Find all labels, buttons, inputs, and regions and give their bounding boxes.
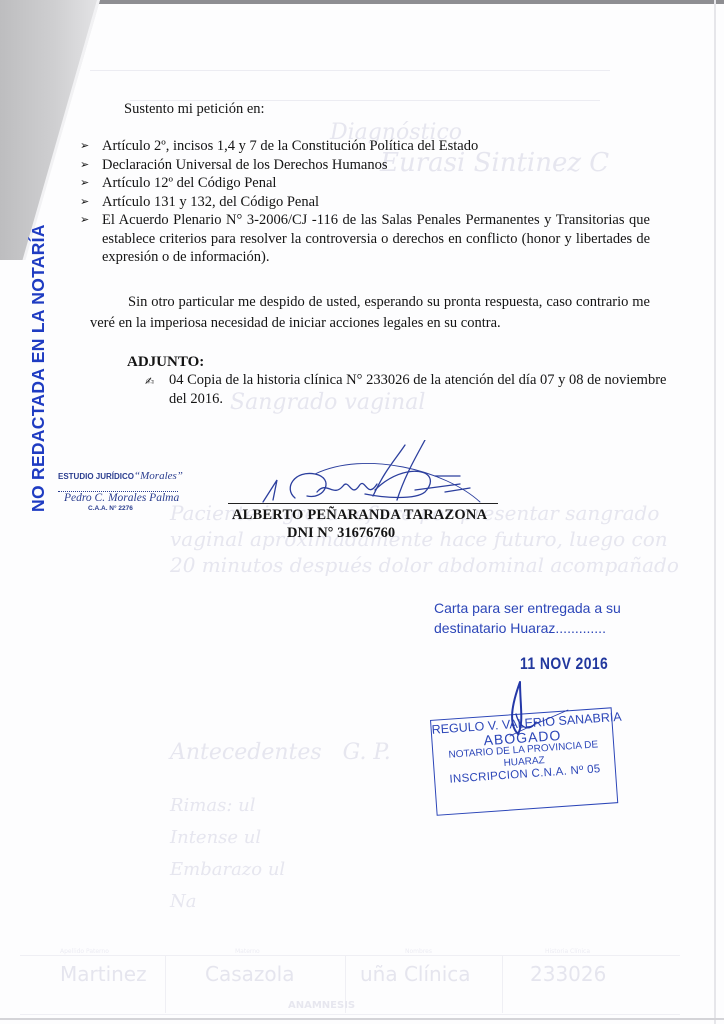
show-through-header: Apellido Paterno (60, 948, 109, 955)
law-firm-script-name: “Morales” (134, 470, 183, 482)
list-item: ➢Artículo 12º del Código Penal (80, 174, 650, 193)
attachment-text: 04 Copia de la historia clínica N° 23302… (169, 372, 666, 407)
attachments-heading: ADJUNTO: (127, 354, 204, 372)
writing-hand-icon: ✍ (145, 372, 154, 391)
arrow-bullet-icon: ➢ (80, 137, 89, 156)
arrow-bullet-icon: ➢ (80, 156, 89, 175)
signer-name: ALBERTO PEÑARANDA TARAZONA (232, 507, 487, 525)
delivery-note-line: Carta para ser entregada a su (434, 598, 621, 618)
list-item-text: El Acuerdo Plenario N° 3-2006/CJ -116 de… (102, 212, 650, 265)
arrow-bullet-icon: ➢ (80, 211, 89, 230)
law-firm-title: ESTUDIO JURÍDICO“Morales” (58, 470, 183, 482)
list-item-text: Artículo 12º del Código Penal (102, 175, 276, 191)
list-item: ➢Declaración Universal de los Derechos H… (80, 156, 650, 175)
show-through-header: Historia Clínica (545, 948, 590, 955)
law-firm-label: ESTUDIO JURÍDICO (58, 472, 134, 481)
show-through-section-label: ANAMNESIS (288, 1000, 355, 1011)
delivery-note-stamp: Carta para ser entregada a su destinatar… (434, 598, 621, 638)
lawyer-registration: C.A.A. N° 2276 (88, 505, 133, 512)
show-through-cell: 233026 (530, 962, 606, 986)
arrow-bullet-icon: ➢ (80, 174, 89, 193)
arrow-bullet-icon: ➢ (80, 193, 89, 212)
vertical-notary-stamp: NO REDACTADA EN LA NOTARÍA (28, 224, 49, 512)
list-item-text: Artículo 131 y 132, del Código Penal (102, 194, 319, 210)
show-through-handwriting: Antecedentes G. P. (170, 740, 391, 765)
list-item: ➢Artículo 131 y 132, del Código Penal (80, 193, 650, 212)
list-item-text: Artículo 2º, incisos 1,4 y 7 de la Const… (102, 138, 478, 154)
attachment-item: ✍ 04 Copia de la historia clínica N° 233… (145, 371, 669, 409)
show-through-cell: uña Clínica (360, 962, 471, 986)
scanned-page: Diagnóstico Eurasi Sintinez C Sangrado v… (0, 0, 724, 1024)
signer-dni: DNI N° 31676760 (287, 525, 395, 543)
closing-paragraph: Sin otro particular me despido de usted,… (90, 292, 650, 334)
show-through-handwriting: Rimas: ulIntense ulEmbarazo ulNa (170, 790, 285, 918)
show-through-line (90, 70, 610, 71)
intro-text: Sustento mi petición en: (124, 101, 265, 119)
scan-top-shadow (0, 0, 724, 4)
list-item-text: Declaración Universal de los Derechos Hu… (102, 157, 387, 173)
show-through-cell: Casazola (205, 962, 294, 986)
date-stamp: 11 NOV 2016 (520, 654, 608, 674)
list-item: ➢Artículo 2º, incisos 1,4 y 7 de la Cons… (80, 137, 650, 156)
lawyer-name: Pedro C. Morales Palma (64, 492, 179, 504)
show-through-header: Nombres (405, 948, 432, 955)
show-through-table-divider (502, 955, 503, 1013)
show-through-cell: Martinez (60, 962, 147, 986)
signature-line (228, 503, 498, 504)
show-through-header: Materno (235, 948, 260, 955)
list-item: ➢El Acuerdo Plenario N° 3-2006/CJ -116 d… (80, 211, 650, 267)
notary-signature (490, 674, 570, 754)
page-right-edge (714, 0, 716, 1024)
delivery-note-line: destinatario Huaraz............. (434, 618, 621, 638)
page-bottom-edge (0, 1018, 724, 1020)
show-through-table-divider (165, 955, 166, 1013)
legal-grounds-list: ➢Artículo 2º, incisos 1,4 y 7 de la Cons… (80, 137, 650, 267)
